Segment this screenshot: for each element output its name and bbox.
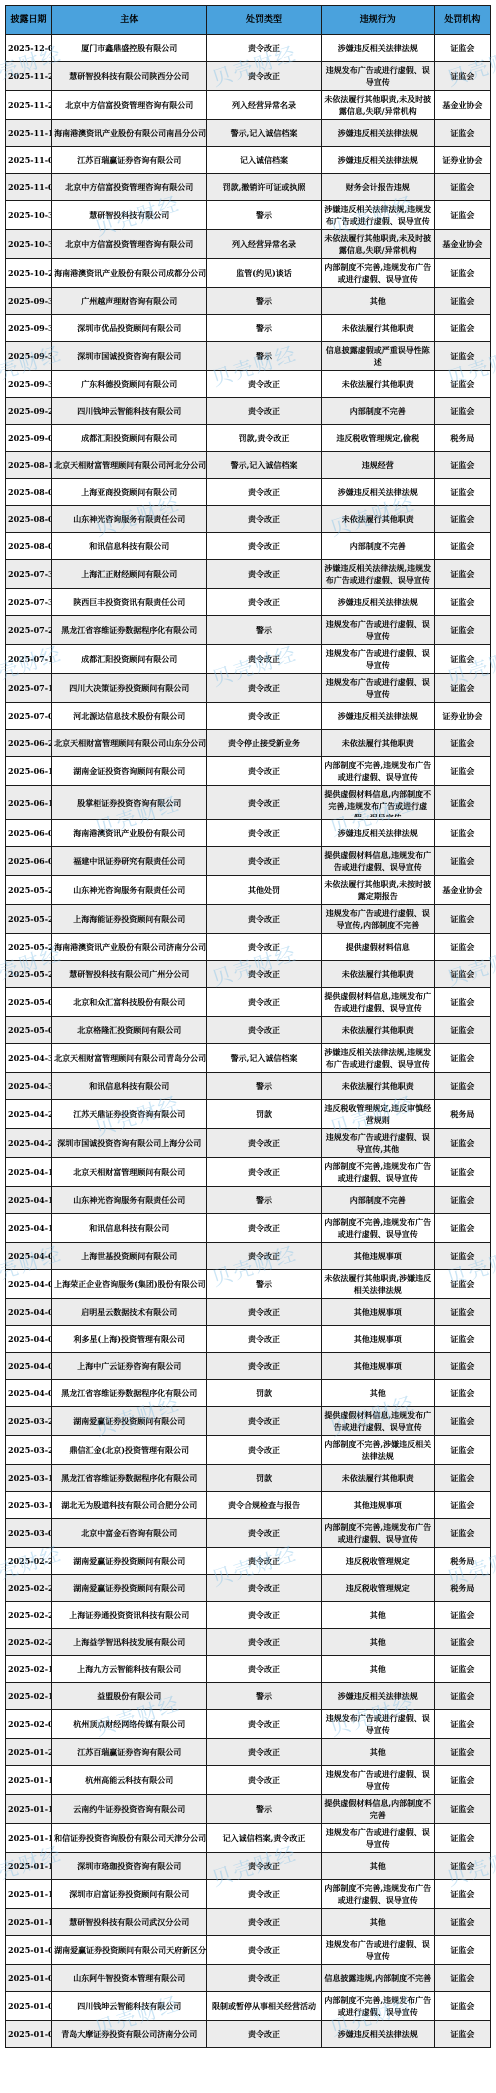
cell-agency: 证监会 bbox=[434, 1243, 490, 1270]
cell-violation: 提供虚假材料信息,违规发布广告或进行虚假、误导宣传 bbox=[321, 988, 434, 1017]
cell-violation: 涉嫌违反相关法律法规,违规发布广告或进行虚假、误导宣传 bbox=[321, 201, 434, 230]
cell-disclosure-date: 2025-07-07 bbox=[6, 703, 52, 730]
cell-agency: 证监会 bbox=[434, 1683, 490, 1710]
table-row: 2025-04-28深圳市国诚投资咨询有限公司上海分公司责令改正违规发布广告或进… bbox=[6, 1129, 491, 1158]
cell-penalty-type: 责令改正 bbox=[207, 1575, 321, 1602]
cell-violation: 其他违规事项 bbox=[321, 1492, 434, 1519]
cell-violation: 未依法履行其他职责 bbox=[321, 371, 434, 398]
cell-agency: 证监会 bbox=[434, 1710, 490, 1739]
cell-disclosure-date: 2025-07-21 bbox=[6, 616, 52, 645]
table-row: 2025-07-30陕西巨丰投资资讯有限责任公司责令改正涉嫌违反相关法律法规证监… bbox=[6, 589, 491, 616]
cell-disclosure-date: 2025-04-03 bbox=[6, 1380, 52, 1407]
table-row: 2025-01-15杭州高能云科技有限公司责令改正违规发布广告或进行虚假、误导宣… bbox=[6, 1766, 491, 1795]
cell-disclosure-date: 2025-06-17 bbox=[6, 757, 52, 786]
cell-disclosure-date: 2025-12-02 bbox=[6, 35, 52, 62]
cell-disclosure-date: 2025-07-31 bbox=[6, 560, 52, 589]
cell-agency: 证监会 bbox=[434, 1739, 490, 1766]
cell-agency: 证监会 bbox=[434, 371, 490, 398]
table-row: 2025-01-09湖南爱赢证券投资顾问有限公司天府新区分公司责令改正违规发布广… bbox=[6, 1936, 491, 1965]
cell-violation: 违规发布广告或进行虚假、误导宣传 bbox=[321, 616, 434, 645]
cell-disclosure-date: 2025-01-15 bbox=[6, 1766, 52, 1795]
cell-disclosure-date: 2025-02-21 bbox=[6, 1602, 52, 1629]
cell-violation: 其他 bbox=[321, 1739, 434, 1766]
table-row: 2025-02-07杭州顶点财经网络传媒有限公司责令改正违规发布广告或进行虚假、… bbox=[6, 1710, 491, 1739]
cell-entity: 广东科德投资顾问有限公司 bbox=[52, 371, 207, 398]
table-row: 2025-02-11益盟股份有限公司警示涉嫌违反相关法律法规证监会 bbox=[6, 1683, 491, 1710]
cell-disclosure-date: 2025-07-30 bbox=[6, 589, 52, 616]
cell-agency: 证监会 bbox=[434, 1187, 490, 1214]
cell-penalty-type: 责令改正 bbox=[207, 905, 321, 934]
cell-entity: 北京天相财富管理顾问有限公司 bbox=[52, 1158, 207, 1187]
cell-agency: 证监会 bbox=[434, 1129, 490, 1158]
cell-entity: 湖南爱赢证券投资顾问有限公司 bbox=[52, 1548, 207, 1575]
cell-disclosure-date: 2025-06-13 bbox=[6, 786, 52, 820]
cell-penalty-type: 责令改正 bbox=[207, 757, 321, 786]
table-row: 2025-04-07利多星(上海)投资管理有限公司责令改正其他违规事项证监会 bbox=[6, 1326, 491, 1353]
cell-agency: 基金业协会 bbox=[434, 91, 490, 120]
cell-agency: 证监会 bbox=[434, 259, 490, 288]
table-row: 2025-07-31上海汇正财经顾问有限公司责令改正涉嫌违反相关法律法规,违规发… bbox=[6, 560, 491, 589]
cell-agency: 证监会 bbox=[434, 1936, 490, 1965]
cell-violation: 未依法履行其他职责 bbox=[321, 961, 434, 988]
cell-violation: 违规经营 bbox=[321, 452, 434, 479]
cell-disclosure-date: 2025-04-18 bbox=[6, 1158, 52, 1187]
cell-violation: 提供虚假材料信息,违规发布广告或进行虚假、误导宣传 bbox=[321, 1407, 434, 1436]
cell-entity: 青岛大摩证券投资有限公司济南分公司 bbox=[52, 2021, 207, 2048]
cell-agency: 证监会 bbox=[434, 1380, 490, 1407]
cell-entity: 北京天相财富管理顾问有限公司山东分公司 bbox=[52, 730, 207, 757]
cell-disclosure-date: 2025-05-22 bbox=[6, 934, 52, 961]
cell-agency: 证监会 bbox=[434, 201, 490, 230]
table-row: 2025-01-14云南约牛证券投资咨询有限公司警示提供虚假材料信息,内部制度不… bbox=[6, 1795, 491, 1824]
col-header-violation: 违规行为 bbox=[321, 6, 434, 35]
cell-violation: 涉嫌违反相关法律法规 bbox=[321, 589, 434, 616]
cell-agency: 税务局 bbox=[434, 1548, 490, 1575]
cell-agency: 证监会 bbox=[434, 1965, 490, 1992]
cell-penalty-type: 责令改正 bbox=[207, 786, 321, 820]
table-row: 2025-05-29山东神光咨询服务有限责任公司其他处罚未依法履行其他职责,未按… bbox=[6, 876, 491, 905]
cell-entity: 和信证券投资咨询股份有限公司天津分公司 bbox=[52, 1824, 207, 1853]
cell-disclosure-date: 2025-11-05 bbox=[6, 174, 52, 201]
cell-violation: 违规发布广告或进行虚假、误导宣传 bbox=[321, 1936, 434, 1965]
cell-violation: 内部制度不完善,违规发布广告或进行虚假、误导宣传 bbox=[321, 1158, 434, 1187]
cell-penalty-type: 责令改正 bbox=[207, 1936, 321, 1965]
table-row: 2025-03-28湖南爱赢证券投资顾问有限公司责令改正提供虚假材料信息,违规发… bbox=[6, 1407, 491, 1436]
cell-entity: 河北源达信息技术股份有限公司 bbox=[52, 703, 207, 730]
cell-disclosure-date: 2025-06-06 bbox=[6, 820, 52, 847]
table-row: 2025-05-21慧研智投科技有限公司广州分公司责令改正未依法履行其他职责证监… bbox=[6, 961, 491, 988]
table-row: 2025-08-01和讯信息科技有限公司责令改正内部制度不完善证监会 bbox=[6, 533, 491, 560]
cell-disclosure-date: 2025-09-30 bbox=[6, 371, 52, 398]
cell-entity: 湖北无为股道科技有限公司合肥分公司 bbox=[52, 1492, 207, 1519]
cell-agency: 证监会 bbox=[434, 786, 490, 820]
cell-penalty-type: 责令改正 bbox=[207, 1909, 321, 1936]
cell-entity: 海南港澳资讯产业股份有限公司南昌分公司 bbox=[52, 120, 207, 147]
cell-penalty-type: 警示 bbox=[207, 288, 321, 315]
table-row: 2025-11-10海南港澳资讯产业股份有限公司南昌分公司警示,记入诚信档案涉嫌… bbox=[6, 120, 491, 147]
cell-penalty-type: 罚款,撤销许可证或执照 bbox=[207, 174, 321, 201]
cell-agency: 证监会 bbox=[434, 1158, 490, 1187]
cell-violation: 财务会计报告违规 bbox=[321, 174, 434, 201]
cell-entity: 北京中方信富投资管理咨询有限公司 bbox=[52, 230, 207, 259]
cell-penalty-type: 责令改正 bbox=[207, 533, 321, 560]
cell-disclosure-date: 2025-02-13 bbox=[6, 1656, 52, 1683]
cell-disclosure-date: 2025-09-08 bbox=[6, 425, 52, 452]
cell-disclosure-date: 2025-04-15 bbox=[6, 1187, 52, 1214]
cell-violation: 未依法履行其他职责 bbox=[321, 1073, 434, 1100]
cell-disclosure-date: 2025-04-11 bbox=[6, 1214, 52, 1243]
cell-violation: 其他 bbox=[321, 1602, 434, 1629]
cell-penalty-type: 罚款 bbox=[207, 1465, 321, 1492]
cell-entity: 利多星(上海)投资管理有限公司 bbox=[52, 1326, 207, 1353]
cell-penalty-type: 责令改正 bbox=[207, 1214, 321, 1243]
cell-agency: 证监会 bbox=[434, 398, 490, 425]
cell-penalty-type: 责令改正 bbox=[207, 2021, 321, 2048]
cell-penalty-type: 罚款 bbox=[207, 1380, 321, 1407]
table-row: 2025-09-22四川钱坤云智能科技有限公司责令改正内部制度不完善证监会 bbox=[6, 398, 491, 425]
cell-entity: 四川大决策证券投资顾问有限公司 bbox=[52, 674, 207, 703]
cell-entity: 北京天相财富管理顾问有限公司河北分公司 bbox=[52, 452, 207, 479]
cell-penalty-type: 责令改正 bbox=[207, 1436, 321, 1465]
cell-penalty-type: 责令改正 bbox=[207, 674, 321, 703]
col-header-entity: 主体 bbox=[52, 6, 207, 35]
cell-disclosure-date: 2025-03-19 bbox=[6, 1465, 52, 1492]
cell-disclosure-date: 2025-11-10 bbox=[6, 120, 52, 147]
cell-entity: 海南港澳资讯产业股份有限公司济南分公司 bbox=[52, 934, 207, 961]
cell-violation: 提供虚假材料信息,内部制度不完善 bbox=[321, 1795, 434, 1824]
cell-violation: 未依法履行其他职责,未按时披露定期报告 bbox=[321, 876, 434, 905]
cell-entity: 北京中方信富投资管理咨询有限公司 bbox=[52, 91, 207, 120]
table-row: 2025-12-02厦门市鑫鼎盛控股有限公司责令改正涉嫌违反相关法律法规证监会 bbox=[6, 35, 491, 62]
cell-violation: 内部制度不完善 bbox=[321, 398, 434, 425]
cell-violation: 内部制度不完善,涉嫌违反相关法律法规 bbox=[321, 1436, 434, 1465]
cell-violation: 信息披露虚假或严重误导性陈述 bbox=[321, 342, 434, 371]
cell-entity: 上海海能证券投资顾问有限公司 bbox=[52, 905, 207, 934]
cell-violation: 违规发布广告或进行虚假、误导宣传 bbox=[321, 1710, 434, 1739]
cell-disclosure-date: 2025-02-24 bbox=[6, 1548, 52, 1575]
cell-disclosure-date: 2025-08-04 bbox=[6, 479, 52, 506]
cell-agency: 证监会 bbox=[434, 1853, 490, 1880]
cell-disclosure-date: 2025-09-22 bbox=[6, 398, 52, 425]
cell-penalty-type: 责令改正 bbox=[207, 1129, 321, 1158]
cell-disclosure-date: 2025-10-21 bbox=[6, 259, 52, 288]
table-row: 2025-03-04北京中富金石咨询有限公司责令改正内部制度不完善,违规发布广告… bbox=[6, 1519, 491, 1548]
cell-penalty-type: 责令改正 bbox=[207, 1326, 321, 1353]
cell-entity: 陕西巨丰投资资讯有限责任公司 bbox=[52, 589, 207, 616]
table-row: 2025-07-14成都汇阳投资顾问有限公司责令改正违规发布广告或进行虚假、误导… bbox=[6, 645, 491, 674]
cell-penalty-type: 责令改正 bbox=[207, 1965, 321, 1992]
cell-penalty-type: 限制或暂停从事相关经营活动 bbox=[207, 1992, 321, 2021]
cell-penalty-type: 责令改正 bbox=[207, 1880, 321, 1909]
cell-disclosure-date: 2025-05-09 bbox=[6, 988, 52, 1017]
table-row: 2025-05-09北京和众汇富科技股份有限公司责令改正提供虚假材料信息,违规发… bbox=[6, 988, 491, 1017]
cell-penalty-type: 记入诚信档案 bbox=[207, 147, 321, 174]
cell-agency: 证监会 bbox=[434, 645, 490, 674]
cell-penalty-type: 警示,记入诚信档案 bbox=[207, 1044, 321, 1073]
col-header-penalty-type: 处罚类型 bbox=[207, 6, 321, 35]
cell-disclosure-date: 2025-04-30 bbox=[6, 1073, 52, 1100]
table-row: 2025-03-19黑龙江省容维证券数据程序化有限公司罚款未依法履行其他职责证监… bbox=[6, 1465, 491, 1492]
cell-disclosure-date: 2025-08-01 bbox=[6, 533, 52, 560]
cell-penalty-type: 警示 bbox=[207, 1683, 321, 1710]
cell-violation: 提供虚假材料信息,违规发布广告或进行虚假、误导宣传 bbox=[321, 847, 434, 876]
cell-entity: 上海荣正企业咨询服务(集团)股份有限公司 bbox=[52, 1270, 207, 1299]
cell-violation: 涉嫌违反相关法律法规 bbox=[321, 820, 434, 847]
table-row: 2025-04-09上海世基投资顾问有限公司责令改正其他违规事项证监会 bbox=[6, 1243, 491, 1270]
cell-entity: 湖南金证投资咨询顾问有限公司 bbox=[52, 757, 207, 786]
cell-entity: 和讯信息科技有限公司 bbox=[52, 533, 207, 560]
cell-violation: 内部制度不完善,违规发布广告或进行虚假、误导宣传 bbox=[321, 1992, 434, 2021]
table-row: 2025-02-24湖南爱赢证券投资顾问有限公司责令改正违反税收管理规定税务局 bbox=[6, 1575, 491, 1602]
cell-disclosure-date: 2025-04-09 bbox=[6, 1270, 52, 1299]
table-row: 2025-01-10深圳市珞珈投资咨询有限公司责令改正其他证监会 bbox=[6, 1853, 491, 1880]
cell-entity: 四川钱坤云智能科技有限公司 bbox=[52, 1992, 207, 2021]
cell-agency: 证券业协会 bbox=[434, 147, 490, 174]
cell-disclosure-date: 2025-04-09 bbox=[6, 1243, 52, 1270]
cell-agency: 证监会 bbox=[434, 1766, 490, 1795]
table-row: 2025-11-05北京中方信富投资管理咨询有限公司罚款,撤销许可证或执照财务会… bbox=[6, 174, 491, 201]
table-row: 2025-06-06海南港澳资讯产业股份有限公司责令改正涉嫌违反相关法律法规证监… bbox=[6, 820, 491, 847]
cell-violation: 内部制度不完善 bbox=[321, 533, 434, 560]
cell-agency: 证监会 bbox=[434, 1992, 490, 2021]
cell-violation: 违反税收管理规定 bbox=[321, 1575, 434, 1602]
cell-violation: 涉嫌违反相关法律法规 bbox=[321, 120, 434, 147]
cell-violation: 内部制度不完善,违规发布广告或进行虚假、误导宣传 bbox=[321, 757, 434, 786]
cell-violation: 涉嫌违反相关法律法规 bbox=[321, 147, 434, 174]
cell-entity: 深圳市国诚投资咨询有限公司上海分公司 bbox=[52, 1129, 207, 1158]
cell-penalty-type: 责令改正 bbox=[207, 820, 321, 847]
cell-penalty-type: 责令改正 bbox=[207, 1739, 321, 1766]
table-row: 2025-04-09上海荣正企业咨询服务(集团)股份有限公司警示未依法履行其他职… bbox=[6, 1270, 491, 1299]
cell-agency: 证监会 bbox=[434, 1073, 490, 1100]
cell-penalty-type: 责令改正 bbox=[207, 35, 321, 62]
cell-agency: 证监会 bbox=[434, 1407, 490, 1436]
cell-violation: 未依法履行其他职责 bbox=[321, 1465, 434, 1492]
cell-agency: 证监会 bbox=[434, 1436, 490, 1465]
cell-disclosure-date: 2025-05-29 bbox=[6, 876, 52, 905]
cell-entity: 上海亚商投资顾问有限公司 bbox=[52, 479, 207, 506]
cell-violation: 未依法履行其他职责 bbox=[321, 315, 434, 342]
cell-violation: 违反税收管理规定,偷税 bbox=[321, 425, 434, 452]
cell-entity: 深圳市优品投资顾问有限公司 bbox=[52, 315, 207, 342]
cell-entity: 北京天相财富管理顾问有限公司青岛分公司 bbox=[52, 1044, 207, 1073]
cell-penalty-type: 责令改正 bbox=[207, 398, 321, 425]
cell-entity: 厦门市鑫鼎盛控股有限公司 bbox=[52, 35, 207, 62]
cell-entity: 深圳市启富证券投资顾问有限公司 bbox=[52, 1880, 207, 1909]
table-row: 2025-01-14和信证券投资咨询股份有限公司天津分公司记入诚信档案,责令改正… bbox=[6, 1824, 491, 1853]
cell-disclosure-date: 2025-01-14 bbox=[6, 1824, 52, 1853]
cell-disclosure-date: 2025-02-11 bbox=[6, 1683, 52, 1710]
cell-agency: 证监会 bbox=[434, 62, 490, 91]
cell-penalty-type: 警示 bbox=[207, 342, 321, 371]
cell-disclosure-date: 2025-04-07 bbox=[6, 1326, 52, 1353]
cell-violation: 涉嫌违反相关法律法规 bbox=[321, 2021, 434, 2048]
cell-entity: 杭州高能云科技有限公司 bbox=[52, 1766, 207, 1795]
cell-agency: 证监会 bbox=[434, 1299, 490, 1326]
cell-violation: 未依法履行其他职责 bbox=[321, 1017, 434, 1044]
cell-violation: 其他违规事项 bbox=[321, 1243, 434, 1270]
cell-entity: 四川钱坤云智能科技有限公司 bbox=[52, 398, 207, 425]
cell-agency: 证监会 bbox=[434, 506, 490, 533]
cell-agency: 证监会 bbox=[434, 1519, 490, 1548]
table-row: 2025-08-01山东神光咨询服务有限责任公司责令改正未依法履行其他职责证监会 bbox=[6, 506, 491, 533]
cell-violation: 其他 bbox=[321, 1656, 434, 1683]
cell-penalty-type: 责令改正 bbox=[207, 1629, 321, 1656]
table-row: 2025-09-30广州越声理财咨询有限公司警示其他证监会 bbox=[6, 288, 491, 315]
cell-penalty-type: 责令改正 bbox=[207, 1299, 321, 1326]
cell-agency: 证监会 bbox=[434, 934, 490, 961]
cell-entity: 启明星云数据技术有限公司 bbox=[52, 1299, 207, 1326]
table-row: 2025-10-30慧研智投科技有限公司警示涉嫌违反相关法律法规,违规发布广告或… bbox=[6, 201, 491, 230]
cell-penalty-type: 责令改正 bbox=[207, 1853, 321, 1880]
cell-entity: 上海世基投资顾问有限公司 bbox=[52, 1243, 207, 1270]
cell-agency: 证监会 bbox=[434, 1880, 490, 1909]
cell-agency: 证监会 bbox=[434, 1353, 490, 1380]
cell-disclosure-date: 2025-01-10 bbox=[6, 1853, 52, 1880]
cell-entity: 湖南爱赢证券投资顾问有限公司天府新区分公司 bbox=[52, 1936, 207, 1965]
cell-disclosure-date: 2025-01-09 bbox=[6, 1936, 52, 1965]
table-row: 2025-05-22海南港澳资讯产业股份有限公司济南分公司责令改正提供虚假材料信… bbox=[6, 934, 491, 961]
cell-disclosure-date: 2025-06-26 bbox=[6, 730, 52, 757]
cell-agency: 证监会 bbox=[434, 1629, 490, 1656]
cell-disclosure-date: 2025-11-20 bbox=[6, 62, 52, 91]
cell-penalty-type: 警示 bbox=[207, 201, 321, 230]
cell-agency: 证监会 bbox=[434, 1017, 490, 1044]
cell-agency: 证监会 bbox=[434, 674, 490, 703]
table-row: 2025-09-30深圳市优品投资顾问有限公司警示未依法履行其他职责证监会 bbox=[6, 315, 491, 342]
penalty-table: 披露日期 主体 处罚类型 违规行为 处罚机构 2025-12-02厦门市鑫鼎盛控… bbox=[5, 5, 491, 2048]
cell-agency: 证监会 bbox=[434, 35, 490, 62]
cell-penalty-type: 责令改正 bbox=[207, 1548, 321, 1575]
cell-entity: 上海中广云证券咨询有限公司 bbox=[52, 1353, 207, 1380]
cell-penalty-type: 其他处罚 bbox=[207, 876, 321, 905]
cell-penalty-type: 记入诚信档案,责令改正 bbox=[207, 1824, 321, 1853]
cell-penalty-type: 责令改正 bbox=[207, 1766, 321, 1795]
table-row: 2025-04-18北京天相财富管理顾问有限公司责令改正内部制度不完善,违规发布… bbox=[6, 1158, 491, 1187]
cell-penalty-type: 责令改正 bbox=[207, 1353, 321, 1380]
cell-agency: 证监会 bbox=[434, 616, 490, 645]
cell-violation: 未依法履行其他职责 bbox=[321, 506, 434, 533]
table-row: 2025-04-07上海中广云证券咨询有限公司责令改正其他违规事项证监会 bbox=[6, 1353, 491, 1380]
cell-agency: 证监会 bbox=[434, 1602, 490, 1629]
cell-entity: 上海九方云智能科技有限公司 bbox=[52, 1656, 207, 1683]
cell-agency: 证监会 bbox=[434, 1795, 490, 1824]
cell-violation: 内部制度不完善,违规发布广告或进行虚假、误导宣传 bbox=[321, 259, 434, 288]
cell-penalty-type: 责令合规检查与报告 bbox=[207, 1492, 321, 1519]
cell-penalty-type: 警示 bbox=[207, 1270, 321, 1299]
cell-disclosure-date: 2025-05-23 bbox=[6, 905, 52, 934]
cell-disclosure-date: 2025-01-08 bbox=[6, 1992, 52, 2021]
penalty-table-page: 披露日期 主体 处罚类型 违规行为 处罚机构 2025-12-02厦门市鑫鼎盛控… bbox=[0, 0, 496, 2093]
cell-agency: 税务局 bbox=[434, 1575, 490, 1602]
cell-disclosure-date: 2025-10-30 bbox=[6, 201, 52, 230]
cell-penalty-type: 责令改正 bbox=[207, 703, 321, 730]
cell-violation: 违规发布广告或进行虚假、误导宣传 bbox=[321, 62, 434, 91]
table-row: 2025-02-13上海九方云智能科技有限公司责令改正其他证监会 bbox=[6, 1656, 491, 1683]
cell-disclosure-date: 2025-06-04 bbox=[6, 847, 52, 876]
table-row: 2025-02-20上海益学智迅科技发展有限公司责令改正其他证监会 bbox=[6, 1629, 491, 1656]
cell-entity: 黑龙江省容维证券数据程序化有限公司 bbox=[52, 1380, 207, 1407]
cell-entity: 深圳市国诚投资咨询有限公司 bbox=[52, 342, 207, 371]
cell-disclosure-date: 2025-03-21 bbox=[6, 1436, 52, 1465]
cell-entity: 山东神光咨询服务有限责任公司 bbox=[52, 506, 207, 533]
cell-agency: 证监会 bbox=[434, 730, 490, 757]
cell-disclosure-date: 2025-09-30 bbox=[6, 315, 52, 342]
cell-agency: 证监会 bbox=[434, 1214, 490, 1243]
cell-violation: 违反税收管理规定,违反审慎经营规则 bbox=[321, 1100, 434, 1129]
table-row: 2025-08-13北京天相财富管理顾问有限公司河北分公司警示,记入诚信档案违规… bbox=[6, 452, 491, 479]
cell-agency: 证监会 bbox=[434, 288, 490, 315]
cell-violation: 信息披露违规,内部制度不完善 bbox=[321, 1965, 434, 1992]
cell-entity: 山东阿牛智投资本管理有限公司 bbox=[52, 1965, 207, 1992]
cell-agency: 证监会 bbox=[434, 174, 490, 201]
cell-entity: 海南港澳资讯产业股份有限公司 bbox=[52, 820, 207, 847]
cell-violation: 其他违规事项 bbox=[321, 1299, 434, 1326]
cell-penalty-type: 罚款 bbox=[207, 1100, 321, 1129]
cell-violation: 内部制度不完善,违规发布广告或进行虚假、误导宣传 bbox=[321, 1880, 434, 1909]
cell-agency: 证券业协会 bbox=[434, 703, 490, 730]
cell-violation: 违规发布广告或进行虚假、误导宣传,其他 bbox=[321, 1129, 434, 1158]
cell-entity: 江苏天鼎证券投资咨询有限公司 bbox=[52, 1100, 207, 1129]
cell-disclosure-date: 2025-01-03 bbox=[6, 2021, 52, 2048]
cell-violation: 其他违规事项 bbox=[321, 1326, 434, 1353]
cell-entity: 成都汇阳投资顾问有限公司 bbox=[52, 425, 207, 452]
cell-penalty-type: 警示,记入诚信档案 bbox=[207, 120, 321, 147]
cell-violation: 违规发布广告或进行虚假、误导宣传 bbox=[321, 674, 434, 703]
cell-disclosure-date: 2025-08-13 bbox=[6, 452, 52, 479]
cell-entity: 慧研智投科技有限公司陕西分公司 bbox=[52, 62, 207, 91]
table-row: 2025-07-21黑龙江省容维证券数据程序化有限公司警示违规发布广告或进行虚假… bbox=[6, 616, 491, 645]
cell-penalty-type: 责令改正 bbox=[207, 847, 321, 876]
cell-disclosure-date: 2025-01-10 bbox=[6, 1880, 52, 1909]
cell-penalty-type: 责令改正 bbox=[207, 1243, 321, 1270]
cell-violation: 违规发布广告或进行虚假、误导宣传,内部制度不完善 bbox=[321, 905, 434, 934]
cell-agency: 证监会 bbox=[434, 847, 490, 876]
table-row: 2025-06-13股掌柜证券投资咨询有限公司责令改正提供虚假材料信息,内部制度… bbox=[6, 786, 491, 820]
cell-disclosure-date: 2025-02-24 bbox=[6, 1575, 52, 1602]
cell-agency: 税务局 bbox=[434, 425, 490, 452]
cell-penalty-type: 责令改正 bbox=[207, 1519, 321, 1548]
cell-entity: 鼎信汇金(北京)投资管理有限公司 bbox=[52, 1436, 207, 1465]
cell-agency: 证监会 bbox=[434, 589, 490, 616]
table-row: 2025-01-09山东阿牛智投资本管理有限公司责令改正信息披露违规,内部制度不… bbox=[6, 1965, 491, 1992]
cell-violation: 其他违规事项 bbox=[321, 1353, 434, 1380]
cell-penalty-type: 责令改正 bbox=[207, 1602, 321, 1629]
cell-agency: 证监会 bbox=[434, 342, 490, 371]
cell-disclosure-date: 2025-10-30 bbox=[6, 230, 52, 259]
cell-penalty-type: 责令改正 bbox=[207, 560, 321, 589]
cell-entity: 慧研智投科技有限公司 bbox=[52, 201, 207, 230]
cell-disclosure-date: 2025-02-20 bbox=[6, 1629, 52, 1656]
cell-disclosure-date: 2025-08-01 bbox=[6, 506, 52, 533]
cell-violation: 提供虚假材料信息,内部制度不完善,违规发布广告或进行虚假、误导宣传 bbox=[321, 786, 434, 820]
table-row: 2025-04-11和讯信息科技有限公司责令改正内部制度不完善,违规发布广告或进… bbox=[6, 1214, 491, 1243]
cell-violation: 内部制度不完善,违规发布广告或进行虚假、误导宣传 bbox=[321, 1519, 434, 1548]
cell-entity: 山东神光咨询服务有限责任公司 bbox=[52, 876, 207, 905]
cell-penalty-type: 责令改正 bbox=[207, 1158, 321, 1187]
cell-violation: 违规发布广告或进行虚假、误导宣传 bbox=[321, 1824, 434, 1853]
cell-entity: 北京中富金石咨询有限公司 bbox=[52, 1519, 207, 1548]
cell-agency: 证监会 bbox=[434, 1044, 490, 1073]
cell-penalty-type: 警示 bbox=[207, 616, 321, 645]
cell-penalty-type: 责令改正 bbox=[207, 589, 321, 616]
cell-disclosure-date: 2025-01-09 bbox=[6, 1965, 52, 1992]
cell-penalty-type: 责令改正 bbox=[207, 934, 321, 961]
cell-agency: 证监会 bbox=[434, 820, 490, 847]
cell-disclosure-date: 2025-11-20 bbox=[6, 91, 52, 120]
cell-entity: 和讯信息科技有限公司 bbox=[52, 1214, 207, 1243]
cell-disclosure-date: 2025-03-14 bbox=[6, 1492, 52, 1519]
